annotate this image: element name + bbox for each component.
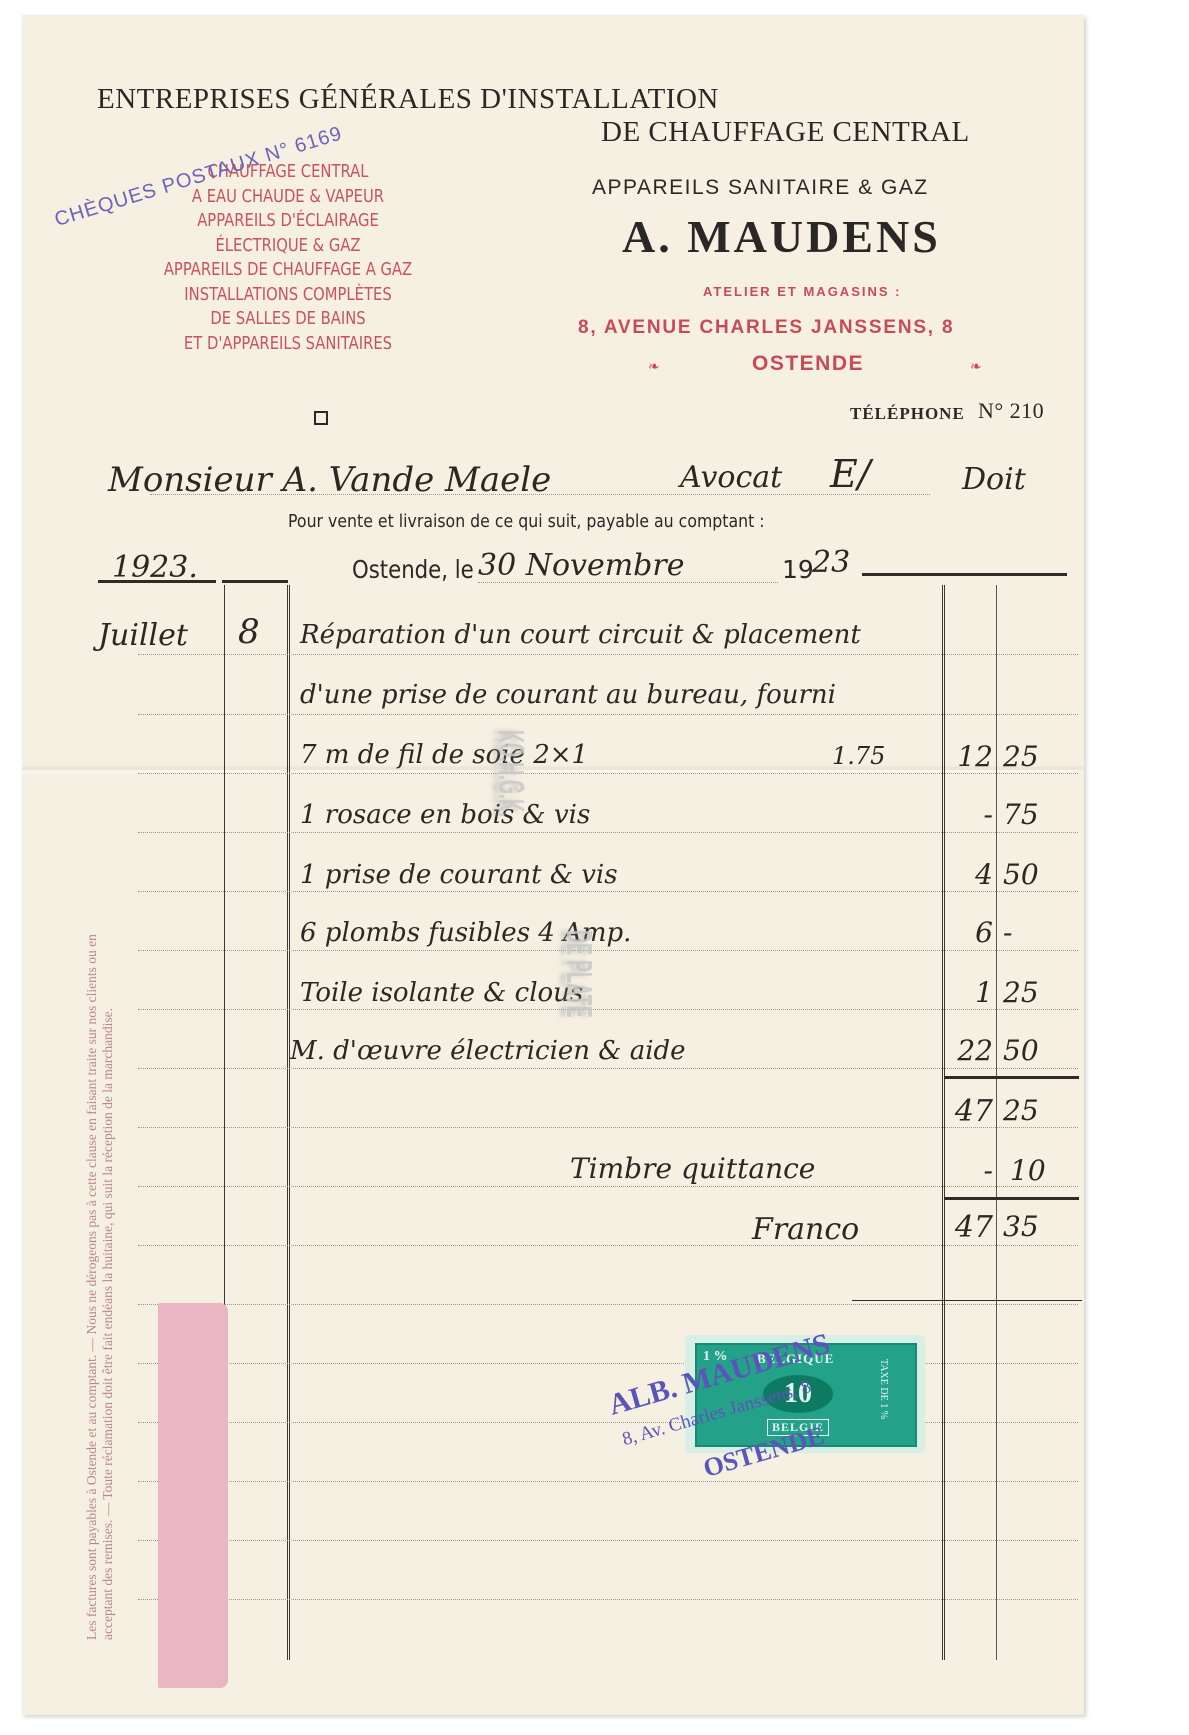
service-item: ET D'APPAREILS SANITAIRES	[149, 332, 428, 357]
total-centimes: 35	[1003, 1210, 1039, 1243]
row-line	[138, 950, 1078, 951]
letterhead-title-line1: ENTREPRISES GÉNÉRALES D'INSTALLATION	[97, 83, 719, 116]
item-francs: 6	[955, 916, 993, 949]
row-line	[138, 1422, 1078, 1423]
service-item: DE SALLES DE BAINS	[149, 307, 428, 332]
header-rule-day	[222, 580, 288, 583]
letterhead-subtitle: APPAREILS SANITAIRE & GAZ	[592, 176, 929, 200]
item-centimes: 25	[1003, 976, 1039, 1009]
item-description: Réparation d'un court circuit & placemen…	[300, 620, 861, 650]
total-francs: 47	[945, 1210, 993, 1245]
item-centimes: 50	[1003, 1034, 1039, 1067]
recipient-mark: E/	[830, 452, 871, 496]
revenue-stamp-side: TAXE DE 1 %	[878, 1359, 889, 1419]
item-francs: 12	[955, 740, 993, 773]
timbre-rule	[944, 1197, 1079, 1200]
ornament-right-icon: ❧	[970, 358, 982, 375]
item-francs: -	[955, 798, 993, 831]
item-description: 1 prise de courant & vis	[300, 860, 618, 890]
service-item: APPAREILS D'ÉCLAIRAGE	[149, 209, 428, 234]
item-description: M. d'œuvre électricien & aide	[290, 1036, 686, 1066]
telephone-label: TÉLÉPHONE	[850, 404, 965, 424]
item-centimes: -	[1003, 916, 1012, 949]
row-line	[138, 1481, 1078, 1482]
company-name: A. MAUDENS	[622, 210, 941, 263]
item-description: 7 m de fil de soie 2×1	[300, 740, 588, 770]
row-line	[138, 891, 1078, 892]
date-dotted-line	[478, 582, 778, 583]
header-rule-left	[98, 580, 216, 583]
row-line	[138, 1540, 1078, 1541]
item-centimes: 25	[1003, 740, 1039, 773]
total-label: Franco	[752, 1212, 859, 1247]
recipient-title: Avocat	[680, 460, 782, 495]
side-note-line1: Les factures sont payables à Ostende et …	[84, 934, 100, 1640]
item-unit-price: 1.75	[832, 742, 885, 770]
recipient-dotted-line	[150, 494, 930, 495]
service-item: ÉLECTRIQUE & GAZ	[149, 234, 428, 259]
watermark-text: DE PLATE	[558, 930, 600, 1018]
invoice-month: Juillet	[98, 618, 188, 653]
row-line	[138, 1599, 1078, 1600]
row-line	[138, 773, 1078, 774]
place-label: Ostende, le	[352, 555, 474, 584]
row-line	[138, 1304, 1078, 1305]
column-divider-description	[287, 585, 290, 1660]
atelier-label: ATELIER ET MAGASINS :	[703, 284, 901, 299]
service-item: APPAREILS DE CHAUFFAGE A GAZ	[149, 258, 428, 283]
date-handwritten: 30 Novembre	[478, 548, 684, 583]
item-description: Toile isolante & clous	[300, 978, 583, 1008]
item-description: 1 rosace en bois & vis	[300, 800, 590, 830]
side-note-line2: acceptant des remises. — Toute réclamati…	[100, 1008, 116, 1640]
subtotal-francs: 47	[945, 1094, 993, 1129]
item-description: d'une prise de courant au bureau, fourni	[300, 680, 836, 710]
total-rule	[852, 1300, 1082, 1301]
row-line	[138, 654, 1078, 655]
invoice-day: 8	[238, 612, 260, 652]
company-address: 8, AVENUE CHARLES JANSSENS, 8	[578, 317, 954, 339]
row-line	[138, 832, 1078, 833]
item-francs: 4	[955, 858, 993, 891]
timbre-label: Timbre quittance	[570, 1152, 815, 1185]
square-mark-icon	[314, 411, 328, 425]
doit-label: Doit	[962, 462, 1026, 497]
telephone-number: N° 210	[978, 398, 1044, 424]
timbre-centimes: 10	[1010, 1154, 1046, 1187]
item-francs: 22	[955, 1034, 993, 1067]
timbre-francs: -	[955, 1154, 993, 1187]
company-city: OSTENDE	[752, 352, 864, 376]
header-rule-right	[862, 573, 1067, 576]
year-handwritten: 23	[812, 545, 850, 580]
year-prefix: 19	[782, 555, 814, 584]
service-item: INSTALLATIONS COMPLÈTES	[149, 283, 428, 308]
row-line	[138, 1009, 1078, 1010]
terms-line: Pour vente et livraison de ce qui suit, …	[288, 512, 765, 532]
letterhead-title-line2: DE CHAUFFAGE CENTRAL	[601, 116, 970, 149]
watermark-text: KO.H.G.K.	[490, 730, 532, 817]
item-centimes: 50	[1003, 858, 1039, 891]
row-line	[138, 714, 1078, 715]
row-line	[138, 1245, 1078, 1246]
row-line	[138, 1127, 1078, 1128]
subtotal-rule	[944, 1076, 1079, 1079]
item-francs: 1	[955, 976, 993, 1009]
row-line	[138, 1363, 1078, 1364]
column-divider-centimes	[996, 585, 997, 1660]
ornament-left-icon: ❧	[648, 358, 660, 375]
subtotal-centimes: 25	[1003, 1094, 1039, 1127]
pink-paper-tab	[158, 1303, 228, 1688]
row-line	[138, 1068, 1078, 1069]
row-line	[138, 1186, 1078, 1187]
item-centimes: 75	[1003, 798, 1039, 831]
